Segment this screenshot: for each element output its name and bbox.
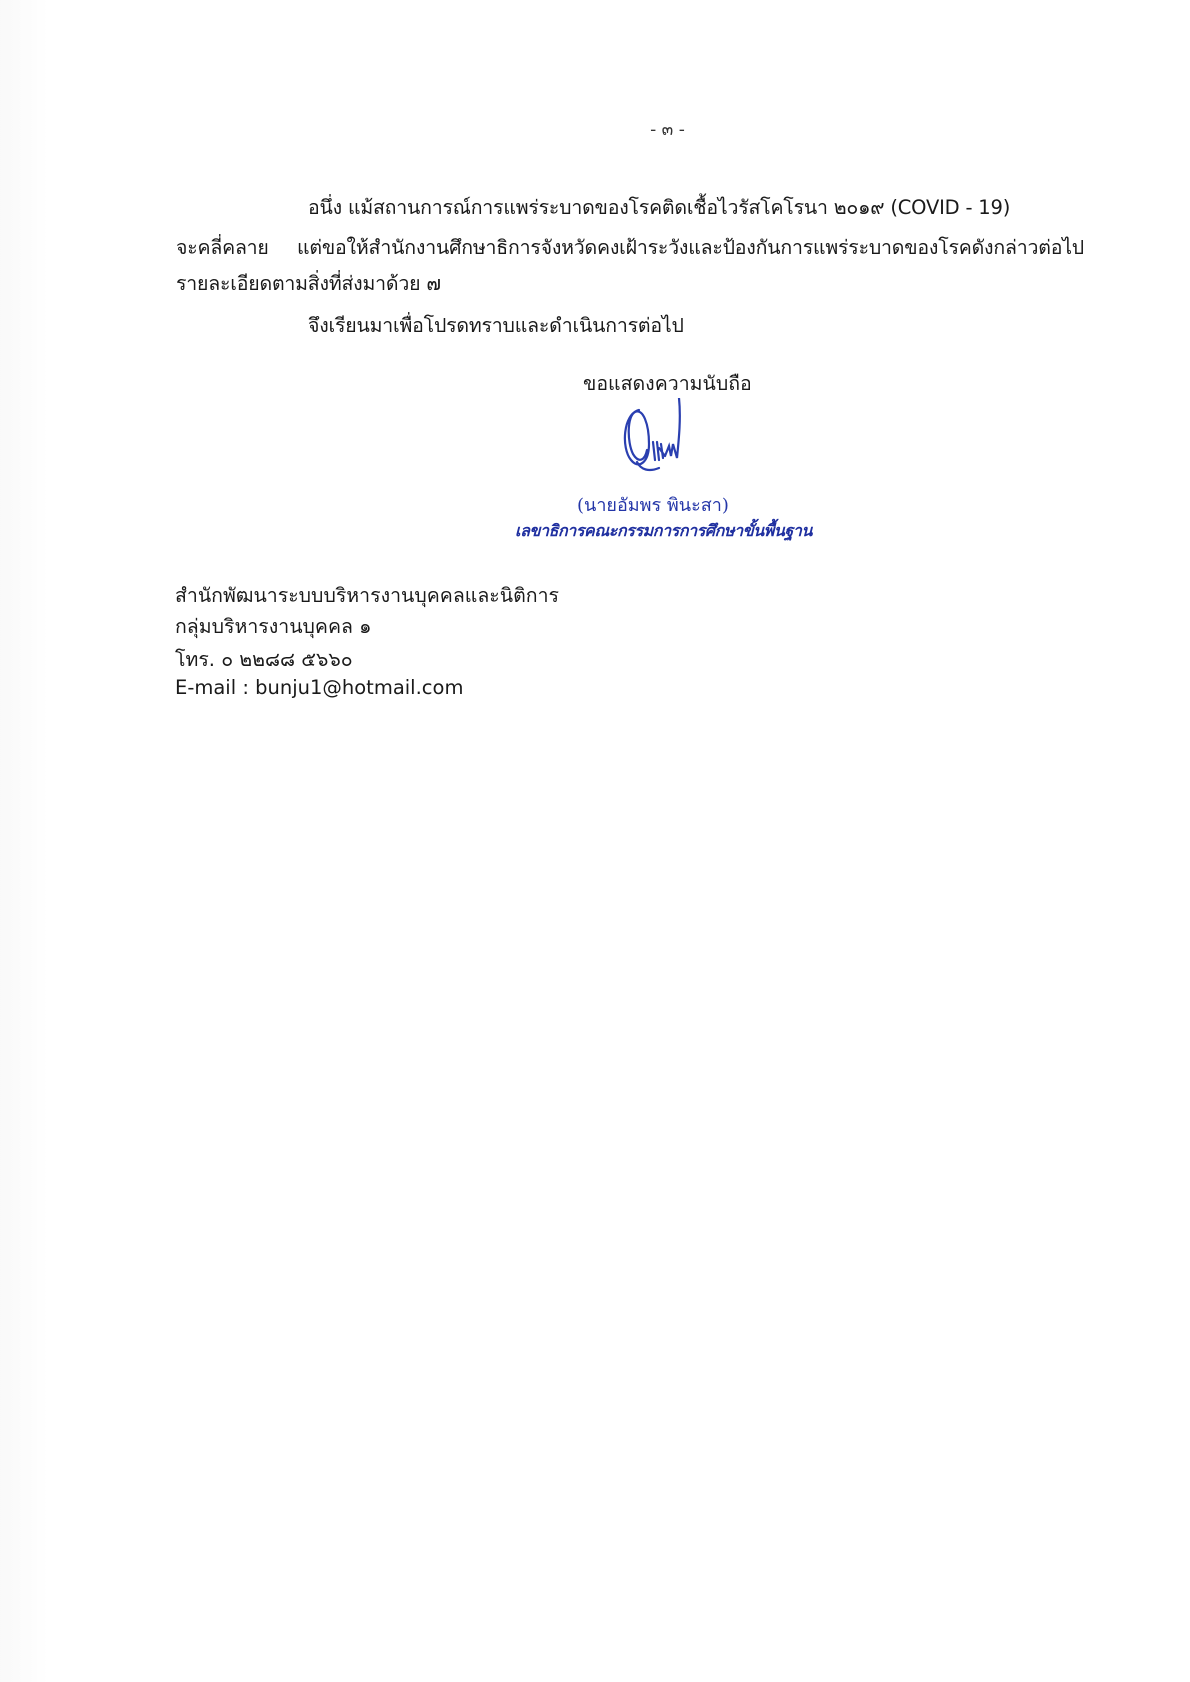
paragraph-1-line-3: รายละเอียดตามสิ่งที่ส่งมาด้วย ๗ bbox=[176, 268, 441, 299]
page-number: - ๓ - bbox=[0, 116, 1190, 143]
paragraph-1-line-2-part-1: จะคลี่คลาย bbox=[176, 232, 269, 263]
scan-edge-shading bbox=[0, 0, 48, 1682]
signer-title: เลขาธิการคณะกรรมการการศึกษาขั้นพื้นฐาน bbox=[515, 519, 812, 544]
closing-salutation: ขอแสดงความนับถือ bbox=[583, 368, 752, 399]
paragraph-1-line-2: จะคลี่คลาย แต่ขอให้สำนักงานศึกษาธิการจัง… bbox=[176, 232, 1084, 263]
contact-phone: โทร. ๐ ๒๒๘๘ ๕๖๖๐ bbox=[175, 644, 353, 675]
paragraph-1-line-1: อนึ่ง แม้สถานการณ์การแพร่ระบาดของโรคติดเ… bbox=[308, 192, 1010, 223]
paragraph-1-line-2-part-2: แต่ขอให้สำนักงานศึกษาธิการจังหวัดคงเฝ้าร… bbox=[297, 232, 1084, 263]
contact-office: สำนักพัฒนาระบบบริหารงานบุคคลและนิติการ bbox=[175, 580, 559, 611]
handwritten-signature-icon bbox=[615, 398, 715, 478]
contact-email: E-mail : bunju1@hotmail.com bbox=[175, 676, 463, 699]
signer-name: (นายอัมพร พินะสา) bbox=[577, 490, 729, 519]
paragraph-2: จึงเรียนมาเพื่อโปรดทราบและดำเนินการต่อไป bbox=[308, 310, 684, 341]
contact-group: กลุ่มบริหารงานบุคคล ๑ bbox=[175, 611, 372, 642]
